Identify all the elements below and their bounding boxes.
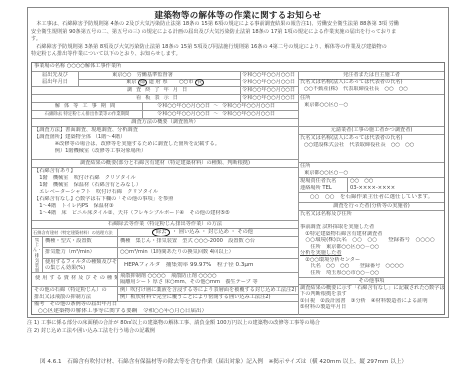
investigator-header: 調査を行った者(分析等の実施者) — [299, 203, 444, 210]
row-label-model: 機種・型式・設置数 — [45, 238, 117, 245]
row-value-capacity: ○○m³/min（1時間あたりの換気回数 4回以上） — [120, 249, 298, 256]
divider — [298, 162, 444, 163]
circled-to: 都 — [138, 79, 147, 86]
exhaust-side-label: 集じん・排気装置 — [33, 238, 41, 274]
note-1: 注 1) 工事に係る部分の床面積の合計が 80㎡以上の建築物の解体工事、請負金額… — [27, 320, 320, 328]
remarks-value: ○○区建築物の解体工事等に関する要綱 令和○○年○月○日届出） — [38, 308, 298, 315]
date-2: 令和○○年○○月○○日 — [242, 79, 298, 86]
row-value-filter: HEPAフィルタ 捕集効率 99.97% 粒子径 0.3μm — [124, 262, 298, 269]
manager-value: ○○ ○○ — [350, 178, 444, 185]
row-label-capacity: 排気能力（m³/min） — [45, 249, 117, 256]
owner-address: 東京都○○区○－○ — [304, 102, 444, 109]
figure-caption: 図 4.6.1 石綿含有吹付け材、石綿含有保温材等の除去等を含む作業（届出対象）… — [40, 357, 407, 365]
survey-example: 例）1階機械室（改修等工事対象場所） — [34, 148, 296, 155]
divider — [42, 247, 298, 248]
divider — [32, 236, 298, 237]
city: ○○市 — [179, 79, 193, 85]
survey-note: ※改修等の場合は、改修等を実施するために調査した箇所を記載する。 — [34, 141, 296, 148]
sign-date-label: 看板表示日 — [78, 95, 240, 102]
investigator-line: 氏名又は名称及び住所 — [300, 211, 352, 218]
divider — [298, 192, 444, 193]
owner-header: 発注者または自主施工者 — [299, 72, 444, 79]
survey-result-header: 調査結果の概要(部分と石綿含有建材（特定建築材料）の種類、判断根拠) — [32, 160, 298, 167]
site-name: 事業場の名称 ○○○○解体工事作業所 — [34, 63, 334, 70]
contractor-header: 元請業者(工事の施工者かつ調査者) — [299, 127, 444, 134]
option-encapsulation[interactable]: ・ 封じ込め — [201, 229, 229, 235]
site-label: 事業場の名称 — [34, 63, 65, 69]
other-suppression-1: 例）吹付け層に薬液を含浸する等により表層面を被覆する封じ込め工法注2) — [120, 287, 298, 294]
result-line: 1～4階 床 ビニル床タイル②、天井（フレキシブルボード④ その他の建材⑤⑤ — [34, 210, 298, 217]
circled-cho: 長 — [195, 79, 204, 86]
option-enclosure[interactable]: ・ 囲い込み — [172, 229, 200, 235]
row-value-model: 機種 集じん・排気装置 型式 ○○○-2000 設置数 ○台 — [120, 238, 298, 245]
asbestos-period-label: 石綿除去 特定粉じん排出作業等の作業期間 — [32, 111, 142, 118]
result-line: エレベーターシャフト 吹付け石綿 クリソタイル — [34, 189, 158, 196]
prefecture-types: 道 府 県 — [149, 79, 168, 85]
date-1: 令和○○年○○月○○日 — [242, 72, 298, 79]
filing-prefecture: 東京 都 道 府 県 ○○市 長 — [126, 79, 238, 86]
intro-line-3: す。 — [31, 36, 445, 44]
result-line: 1階 機械室 保温材（石綿含有とみなし） — [34, 182, 141, 189]
divider — [298, 94, 444, 95]
method-header: 石綿除去等作業（特定粉じん排出等作業）の方法 — [32, 221, 298, 228]
prefecture-prefix: 東京 — [126, 79, 136, 85]
site-value: ○○○○解体工事作業所 — [67, 63, 121, 69]
notice-title: 建築物等の解体等の作業に関するお知らせ — [28, 9, 448, 21]
materials-label: 使用する資材及びその種類 — [35, 275, 117, 282]
intro-line-4: 石綿障害予防規則第 3条第 8項及び大気汚染防止法第 18条の 15第 5項及び… — [31, 44, 445, 52]
divider — [240, 71, 241, 102]
owner-address-label: 住所 — [300, 95, 310, 102]
tel-value: 03-××××-×××× — [350, 185, 444, 192]
manager-label: 現場責任者氏名 — [300, 178, 346, 185]
date-3: 令和○○年○○月○○日 — [242, 87, 298, 94]
filing-label-2: 届出年月日 — [32, 79, 78, 86]
asbestos-to: 令和○○年○○月○○日 — [222, 111, 275, 117]
asbestos-period-range: 令和○○年○○月○○日 ～ 令和○○年○○月○○日 — [157, 111, 297, 118]
intro-line-1: 本工事は、石綿障害予防規則第 4条の 2及び大気汚染防止法第 18条の 15第 … — [31, 21, 445, 29]
other-suppression-label-1: その他の石綿（特定粉じん）の — [34, 287, 118, 294]
result-line: 1階 機械室 吹付け石綿 クリソタイル — [34, 175, 136, 182]
option-other[interactable]: ・ その他 — [231, 229, 253, 235]
date-4: 令和○○年○○月○○日 — [242, 95, 298, 102]
contractor-address-label: 住所 — [300, 163, 310, 170]
intro-line-2: 安全衛生規則第 90条第五号の二、第五号の三) の規定による計画の届出及び大気汚… — [31, 29, 445, 37]
other-suppression-2: 例）板状材料で完全に覆うことにより密閉する囲い込み工法注2) — [120, 294, 298, 301]
period-to: 令和○○年○○月○○日 — [222, 103, 275, 109]
other-suppression-label-2: 排出又は飛散の抑制方法 — [34, 294, 118, 301]
survey-location: 【調査箇所】建築物全体 （1階～4階） — [34, 134, 296, 141]
notice-table: 事業場の名称 ○○○○解体工事作業所 届出先及び 届出年月日 東京○○ 労働基準… — [31, 62, 445, 315]
remarks-label: 備考 その他の条例等の届出年月日 — [34, 301, 296, 308]
notice-frame: 建築物等の解体等の作業に関するお知らせ 本工事は、石綿障害予防規則第 4条の 2… — [27, 7, 449, 318]
filing-label: 届出先及び 届出年月日 — [32, 72, 78, 85]
divider — [42, 236, 43, 272]
investigator-line: 住所 埼玉県○○市○○－○○ — [300, 270, 379, 277]
contractor-name: ○○建設株式会社 代表取締役社長 ○○ ○○ — [304, 142, 444, 149]
tel-label: 連絡場所 TEL — [300, 185, 346, 192]
period-label: 解体等工事期間 — [32, 103, 142, 110]
owner-name-label: 氏名又は名称(法人にあっては代表者の氏名) — [300, 79, 444, 86]
filing-office: 東京○○ 労働基準監督署 — [112, 72, 232, 79]
materials-line-2: 隔離用シート 厚さ 床○mm、その他○mm 養生テープ 等 — [120, 279, 298, 286]
intro-line-5: 特定粉じん排出等作業について以下のとおり、お知らせします。 — [31, 51, 445, 59]
result-line: 1～4階 トイレ内PS 保温材③ — [34, 203, 114, 210]
contractor-name-label: 氏名又は名称(法人にあっては代表者の氏名) — [300, 135, 444, 142]
result-line: 【石綿含有なし】○数字は右下欄の「その他の事項」を参照 — [34, 196, 173, 203]
tilde: ～ — [213, 111, 218, 117]
period-range: 令和○○年○○月○○日 ～ 令和○○年○○月○○日 — [157, 103, 297, 110]
survey-method: 【調査方法】書面調査、現地調査、分析調査 — [34, 127, 296, 134]
contractor-address: 東京都○○区○－○ — [304, 170, 348, 177]
divider — [347, 177, 348, 192]
survey-end-label: 調査終了年月日 — [78, 87, 240, 94]
treatment-label: 石綿含有建材（特定建築材料）の処理方法 — [33, 229, 117, 236]
asbestos-chief: ○○ ○○ を石綿作業主任者に選任しています。 — [299, 194, 444, 201]
asbestos-from: 令和○○年○○月○○日 — [157, 111, 210, 117]
owner-name: ○○不動産(株) 代表取締役社長 ○○ ○○ — [304, 86, 444, 93]
other-matters-line: ⑤材料の製造年月日 — [300, 304, 346, 311]
result-line: 【石綿含有あり】 — [34, 168, 76, 175]
note-2: 注 2) 封じ込め工法や囲い込み工法を行う場合の記載例 — [27, 328, 155, 336]
row-label-filter: 使用するフィルタの種類及びその集じん効果(%) — [45, 259, 117, 272]
period-from: 令和○○年○○月○○日 — [157, 103, 210, 109]
tilde: ～ — [213, 103, 218, 109]
survey-overview-header: 調査方法の概要（調査箇所） — [32, 119, 298, 126]
